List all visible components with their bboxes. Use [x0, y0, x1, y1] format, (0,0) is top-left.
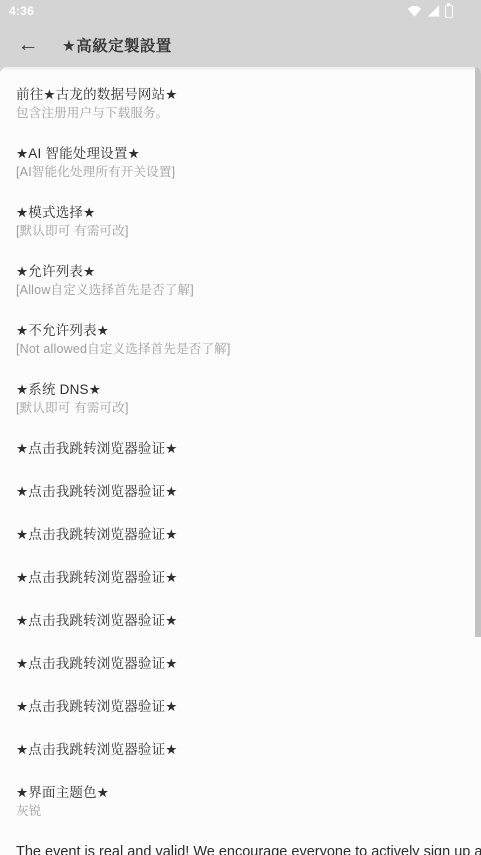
settings-item-title: ★点击我跳转浏览器验证★ — [16, 526, 465, 544]
settings-item[interactable]: ★界面主题色★ 灰锐 — [16, 784, 465, 820]
settings-item-title: ★点击我跳转浏览器验证★ — [16, 612, 465, 630]
settings-item[interactable]: 前往★古龙的数据号网站★ 包含注册用户与下载服务。 — [16, 86, 465, 122]
footer-text: The event is real and valid! We encourag… — [16, 843, 465, 855]
scrollbar-thumb[interactable] — [475, 67, 481, 637]
screen: 4:36 ← ★高級定製設置 — [0, 0, 481, 855]
wifi-icon — [407, 4, 422, 18]
settings-item[interactable]: ★点击我跳转浏览器验证★ — [16, 741, 465, 759]
settings-item[interactable]: ★点击我跳转浏览器验证★ — [16, 440, 465, 458]
settings-item[interactable]: ★系统 DNS★ [默认即可 有需可改] — [16, 381, 465, 417]
settings-item-subtitle: 包含注册用户与下载服务。 — [16, 105, 465, 122]
app-bar: ← ★高級定製設置 — [0, 22, 481, 67]
settings-item[interactable]: ★点击我跳转浏览器验证★ — [16, 655, 465, 673]
settings-item[interactable]: ★点击我跳转浏览器验证★ — [16, 569, 465, 587]
settings-item-title: ★系统 DNS★ — [16, 381, 465, 399]
settings-item-title: ★不允许列表★ — [16, 322, 465, 340]
settings-item-title: ★点击我跳转浏览器验证★ — [16, 569, 465, 587]
settings-item-subtitle: 灰锐 — [16, 803, 465, 820]
settings-item[interactable]: ★模式选择★ [默认即可 有需可改] — [16, 204, 465, 240]
settings-item-title: ★界面主题色★ — [16, 784, 465, 802]
status-time: 4:36 — [9, 4, 34, 18]
settings-item-subtitle: [默认即可 有需可改] — [16, 400, 465, 417]
settings-item-title: ★点击我跳转浏览器验证★ — [16, 483, 465, 501]
battery-icon — [445, 5, 453, 18]
settings-list: 前往★古龙的数据号网站★ 包含注册用户与下载服务。 ★AI 智能处理设置★ [A… — [0, 67, 481, 855]
settings-item[interactable]: ★点击我跳转浏览器验证★ — [16, 612, 465, 630]
settings-item-title: 前往★古龙的数据号网站★ — [16, 86, 465, 104]
settings-item[interactable]: ★允许列表★ [Allow自定义选择首先是否了解] — [16, 263, 465, 299]
settings-item[interactable]: ★点击我跳转浏览器验证★ — [16, 483, 465, 501]
settings-item-title: ★点击我跳转浏览器验证★ — [16, 698, 465, 716]
settings-item-title: ★点击我跳转浏览器验证★ — [16, 655, 465, 673]
status-bar: 4:36 — [0, 0, 481, 22]
settings-item[interactable]: ★点击我跳转浏览器验证★ — [16, 698, 465, 716]
back-arrow-icon: ← — [18, 33, 39, 57]
settings-item-subtitle: [Allow自定义选择首先是否了解] — [16, 282, 465, 299]
settings-item[interactable]: ★点击我跳转浏览器验证★ — [16, 526, 465, 544]
settings-item[interactable]: ★AI 智能处理设置★ [AI智能化处理所有开关设置] — [16, 145, 465, 181]
settings-item-title: ★点击我跳转浏览器验证★ — [16, 741, 465, 759]
page-title: ★高級定製設置 — [62, 34, 172, 56]
back-button[interactable]: ← — [8, 25, 48, 65]
settings-item-subtitle: [AI智能化处理所有开关设置] — [16, 164, 465, 181]
top-bar: 4:36 ← ★高級定製設置 — [0, 0, 481, 67]
settings-item-title: ★点击我跳转浏览器验证★ — [16, 440, 465, 458]
settings-item-title: ★AI 智能处理设置★ — [16, 145, 465, 163]
status-icons — [407, 4, 453, 18]
settings-items: 前往★古龙的数据号网站★ 包含注册用户与下载服务。 ★AI 智能处理设置★ [A… — [16, 86, 465, 820]
cellular-signal-icon — [426, 4, 441, 18]
settings-item[interactable]: ★不允许列表★ [Not allowed自定义选择首先是否了解] — [16, 322, 465, 358]
settings-item-title: ★允许列表★ — [16, 263, 465, 281]
settings-item-subtitle: [默认即可 有需可改] — [16, 223, 465, 240]
settings-item-subtitle: [Not allowed自定义选择首先是否了解] — [16, 341, 465, 358]
settings-item-title: ★模式选择★ — [16, 204, 465, 222]
